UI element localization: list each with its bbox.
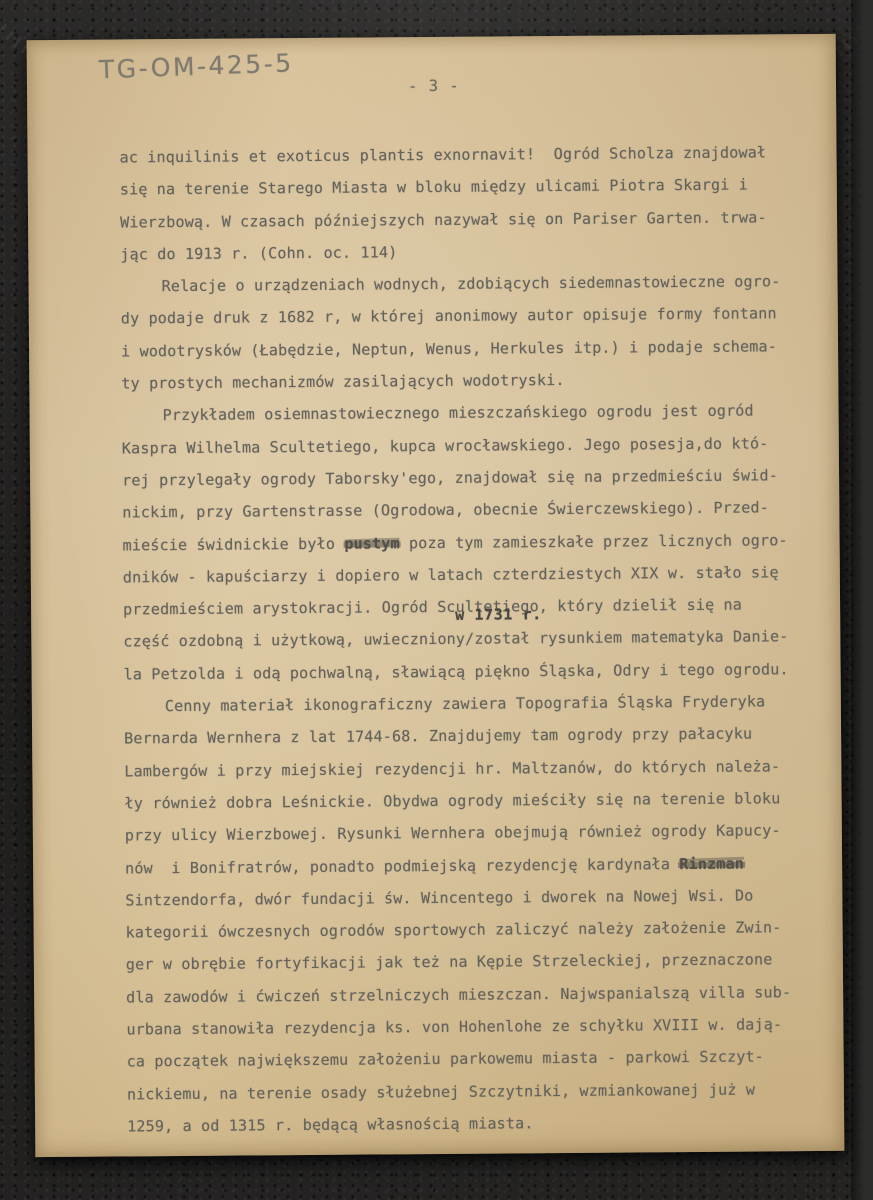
text-line: mieście świdnickie było pustym poza tym … [122,524,812,562]
text-line: ac inquilinis et exoticus plantis exnorn… [119,136,809,174]
text-segment: nów i Bonifratrów, ponadto podmiejską re… [125,855,679,877]
struck-word: pustym [344,534,400,552]
text-line: nickiemu, na terenie osady służebnej Szc… [127,1073,817,1111]
text-line: dla zawodów i ćwiczeń strzelniczych mies… [126,976,816,1014]
text-line: Kaspra Wilhelma Scultetiego, kupca wrocł… [122,427,812,465]
text-line: się na terenie Starego Miasta w bloku mi… [120,168,810,206]
text-line: Przykładem osiemnastowiecznego mieszczań… [121,394,811,432]
text-line: ły również dobra Leśnickie. Obydwa ogrod… [124,782,814,820]
paragraph: Relacje o urządzeniach wodnych, zdobiący… [120,265,811,400]
struck-word: Rinzman [679,854,744,873]
text-line: Sintzendorfa, dwór fundacji św. Wincente… [125,879,815,917]
archival-reference-number: TG-OM-425-5 [98,48,294,84]
text-line: część ozdobną i użytkową, uwieczniony/zo… [123,620,813,658]
text-line: Wierzbową. W czasach późniejszych nazywa… [120,201,810,239]
text-line: dy podaje druk z 1682 r, w której anonim… [121,298,811,336]
text-line: jąc do 1913 r. (Cohn. oc. 114) [120,233,810,271]
text-line: ty prostych mechanizmów zasilających wod… [121,362,811,400]
text-line: rej przylegały ogrody Taborsky'ego, znaj… [122,459,812,497]
typed-insertion-date: w 1731 r. [455,605,542,624]
desk-background: TG-OM-425-5 - 3 - ac inquilinis et exoti… [0,0,873,1200]
text-line: la Petzolda i odą pochwalną, sławiącą pi… [123,653,813,691]
text-line: Lambergów i przy miejskiej rezydencji hr… [124,750,814,788]
text-line: nów i Bonifratrów, ponadto podmiejską re… [125,847,815,885]
text-line: ca początek największemu założeniu parko… [127,1040,817,1078]
text-segment: poza tym zamieszkałe przez licznych ogro… [400,531,788,552]
document-page: TG-OM-425-5 - 3 - ac inquilinis et exoti… [27,34,845,1157]
text-segment: mieście świdnickie było [123,534,345,554]
text-line: przy ulicy Wierzbowej. Rysunki Wernhera … [125,814,815,852]
text-line: Cenny materiał ikonograficzny zawiera To… [124,685,814,723]
text-line: kategorii ówczesnych ogrodów sportowych … [126,911,816,949]
text-line: Bernarda Wernhera z lat 1744-68. Znajduj… [124,717,814,755]
paragraph: Przykładem osiemnastowiecznego mieszczań… [121,394,813,690]
text-line: Relacje o urządzeniach wodnych, zdobiący… [120,265,810,303]
text-line: ger w obrębie fortyfikacji jak też na Kę… [126,943,816,981]
typewritten-text: ac inquilinis et exoticus plantis exnorn… [119,136,817,1143]
text-line: urbana stanowiła rezydencja ks. von Hohe… [126,1008,816,1046]
pad-edge-strip [851,0,873,1200]
text-line: dników - kapuściarzy i dopiero w latach … [123,556,813,594]
text-line: i wodotrysków (Łabędzie, Neptun, Wenus, … [121,330,811,368]
paragraph: Cenny materiał ikonograficzny zawiera To… [124,685,818,1143]
paragraph: ac inquilinis et exoticus plantis exnorn… [119,136,810,271]
text-line: 1259, a od 1315 r. będącą własnością mia… [127,1105,817,1143]
page-number: - 3 - [408,77,460,95]
text-line: nickim, przy Gartenstrasse (Ogrodowa, ob… [122,491,812,529]
